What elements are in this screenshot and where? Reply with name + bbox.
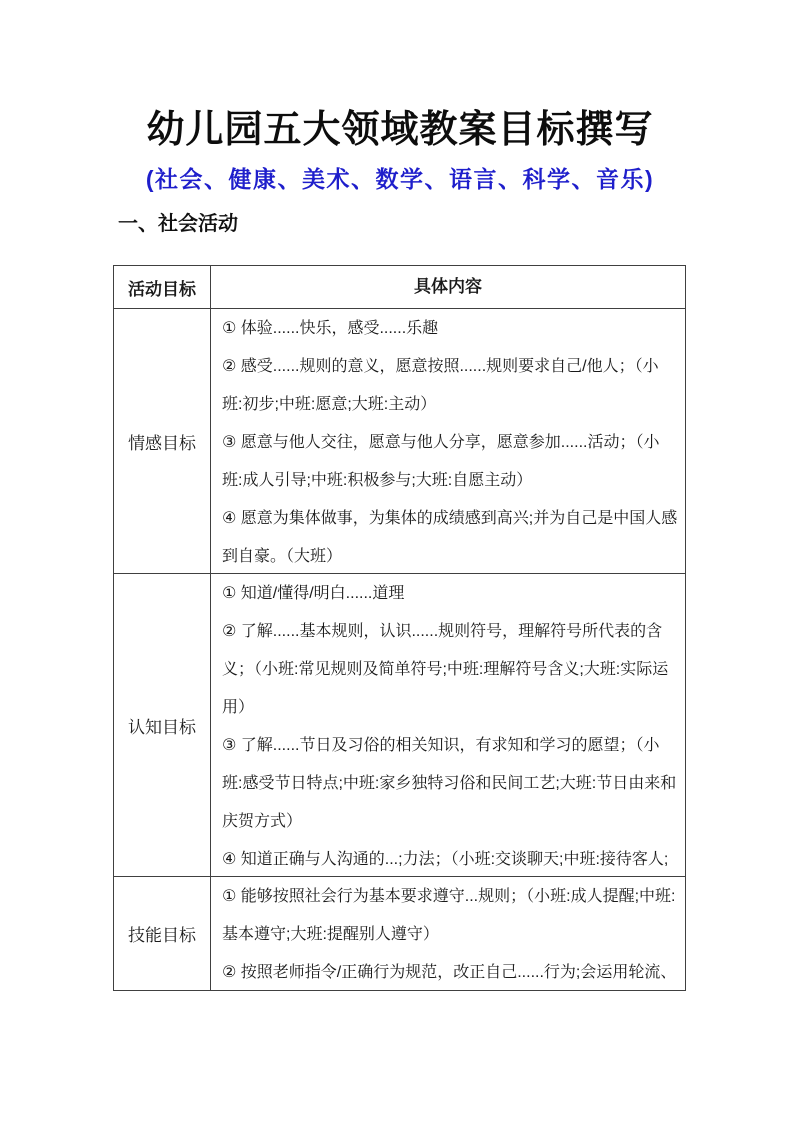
content-item: ② 感受......规则的意义，愿意按照......规则要求自己/他人；（小班:… (222, 348, 679, 424)
row-content: ① 体验......快乐，感受......乐趣② 感受......规则的意义，愿… (211, 309, 685, 573)
content-item: ② 了解......基本规则，认识......规则符号，理解符号所代表的含义；（… (222, 613, 679, 727)
row-label: 技能目标 (114, 877, 211, 990)
doc-subtitle: (社会、健康、美术、数学、语言、科学、音乐) (0, 161, 800, 194)
table-row-3: 技能目标① 能够按照社会行为基本要求遵守...规则；（小班:成人提醒;中班:基本… (114, 877, 685, 990)
content-item: ③ 愿意与他人交往，愿意与他人分享，愿意参加......活动；（小班:成人引导;… (222, 424, 679, 500)
column-header-specific-content: 具体内容 (211, 266, 685, 308)
table-row-1: 情感目标① 体验......快乐，感受......乐趣② 感受......规则的… (114, 309, 685, 574)
row-content: ① 知道/懂得/明白......道理② 了解......基本规则，认识.....… (211, 574, 685, 876)
column-header-activity-goal: 活动目标 (114, 266, 211, 308)
content-item: ④ 愿意为集体做事，为集体的成绩感到高兴;并为自己是中国人感到自豪。（大班） (222, 500, 679, 573)
table-header-row: 活动目标 具体内容 (114, 266, 685, 309)
content-item: ① 体验......快乐，感受......乐趣 (222, 310, 679, 348)
row-label: 认知目标 (114, 574, 211, 876)
document-page: 幼儿园五大领域教案目标撰写 (社会、健康、美术、数学、语言、科学、音乐) 一、社… (0, 0, 800, 1131)
content-item: ④ 知道正确与人沟通的...;力法；（小班:交谈聊天;中班:接待客人;大班:礼貌… (222, 841, 679, 876)
content-item: ③ 了解......节日及习俗的相关知识，有求知和学习的愿望；（小班:感受节日特… (222, 727, 679, 841)
row-label: 情感目标 (114, 309, 211, 573)
social-activity-table: 活动目标 具体内容 情感目标① 体验......快乐，感受......乐趣② 感… (113, 265, 686, 991)
page-title: 幼儿园五大领域教案目标撰写 (0, 98, 800, 153)
content-item: ② 按照老师指令/正确行为规范，改正自己......行为;会运用轮流、 (222, 954, 679, 990)
content-item: ① 知道/懂得/明白......道理 (222, 575, 679, 613)
table-row-2: 认知目标① 知道/懂得/明白......道理② 了解......基本规则，认识.… (114, 574, 685, 877)
row-content: ① 能够按照社会行为基本要求遵守...规则；（小班:成人提醒;中班:基本遵守;大… (211, 877, 685, 990)
section-heading: 一、社会活动 (118, 207, 238, 236)
content-item: ① 能够按照社会行为基本要求遵守...规则；（小班:成人提醒;中班:基本遵守;大… (222, 878, 679, 954)
